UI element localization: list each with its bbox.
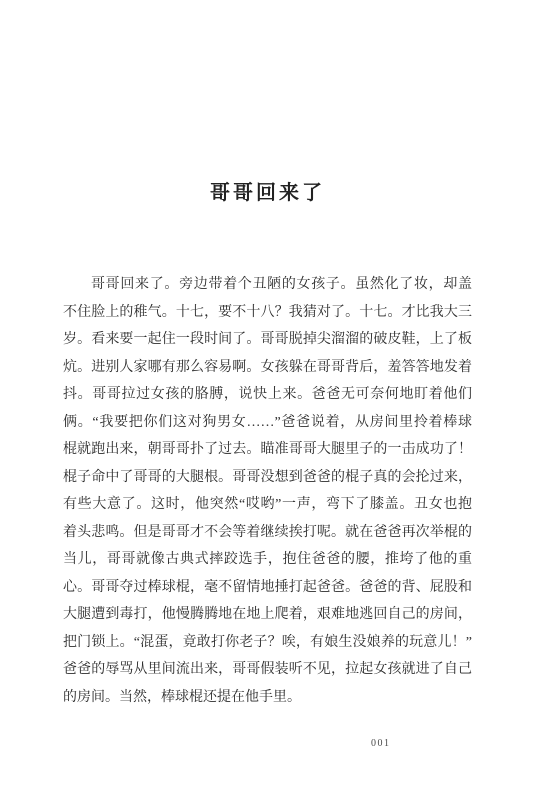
text-line: 棍子命中了哥哥的大腿根。哥哥没想到爸爸的棍子真的会抡过来， — [63, 464, 472, 492]
book-page: 哥哥回来了 哥哥回来了。旁边带着个丑陋的女孩子。虽然化了妆，却盖 不住脸上的稚气… — [0, 0, 535, 799]
text-line: 着头悲鸣。但是哥哥才不会等着继续挨打呢。就在爸爸再次举棍的 — [63, 519, 472, 547]
text-line: 的房间。当然，棒球棍还提在他手里。 — [63, 684, 472, 712]
text-line: 当儿，哥哥就像古典式摔跤选手，抱住爸爸的腰，推垮了他的重 — [63, 546, 472, 574]
text-line: 大腿遭到毒打，他慢腾腾地在地上爬着，艰难地逃回自己的房间， — [63, 601, 472, 629]
page-number: 001 — [371, 738, 391, 749]
text-line: 棍就跑出来，朝哥哥扑了过去。瞄准哥哥大腿里子的一击成功了！ — [63, 436, 472, 464]
text-line: 心。哥哥夺过棒球棍，毫不留情地捶打起爸爸。爸爸的背、屁股和 — [63, 574, 472, 602]
text-line: 爸爸的辱骂从里间流出来，哥哥假装听不见，拉起女孩就进了自己 — [63, 656, 472, 684]
text-line: 把门锁上。“混蛋，竟敢打你老子？唉，有娘生没娘养的玩意儿！” — [63, 629, 472, 657]
text-line: 哥哥回来了。旁边带着个丑陋的女孩子。虽然化了妆，却盖 — [63, 271, 472, 299]
text-line: 俩。“我要把你们这对狗男女……”爸爸说着，从房间里拎着棒球 — [63, 409, 472, 437]
chapter-title: 哥哥回来了 — [0, 176, 535, 205]
text-line: 不住脸上的稚气。十七，要不十八？我猜对了。十七。才比我大三 — [63, 299, 472, 327]
body-text: 哥哥回来了。旁边带着个丑陋的女孩子。虽然化了妆，却盖 不住脸上的稚气。十七，要不… — [63, 271, 472, 711]
text-line: 炕。进别人家哪有那么容易啊。女孩躲在哥哥背后，羞答答地发着 — [63, 354, 472, 382]
text-line: 岁。看来要一起住一段时间了。哥哥脱掉尖溜溜的破皮鞋，上了板 — [63, 326, 472, 354]
text-line: 抖。哥哥拉过女孩的胳膊，说快上来。爸爸无可奈何地盯着他们 — [63, 381, 472, 409]
text-line: 有些大意了。这时，他突然“哎哟”一声，弯下了膝盖。丑女也抱 — [63, 491, 472, 519]
